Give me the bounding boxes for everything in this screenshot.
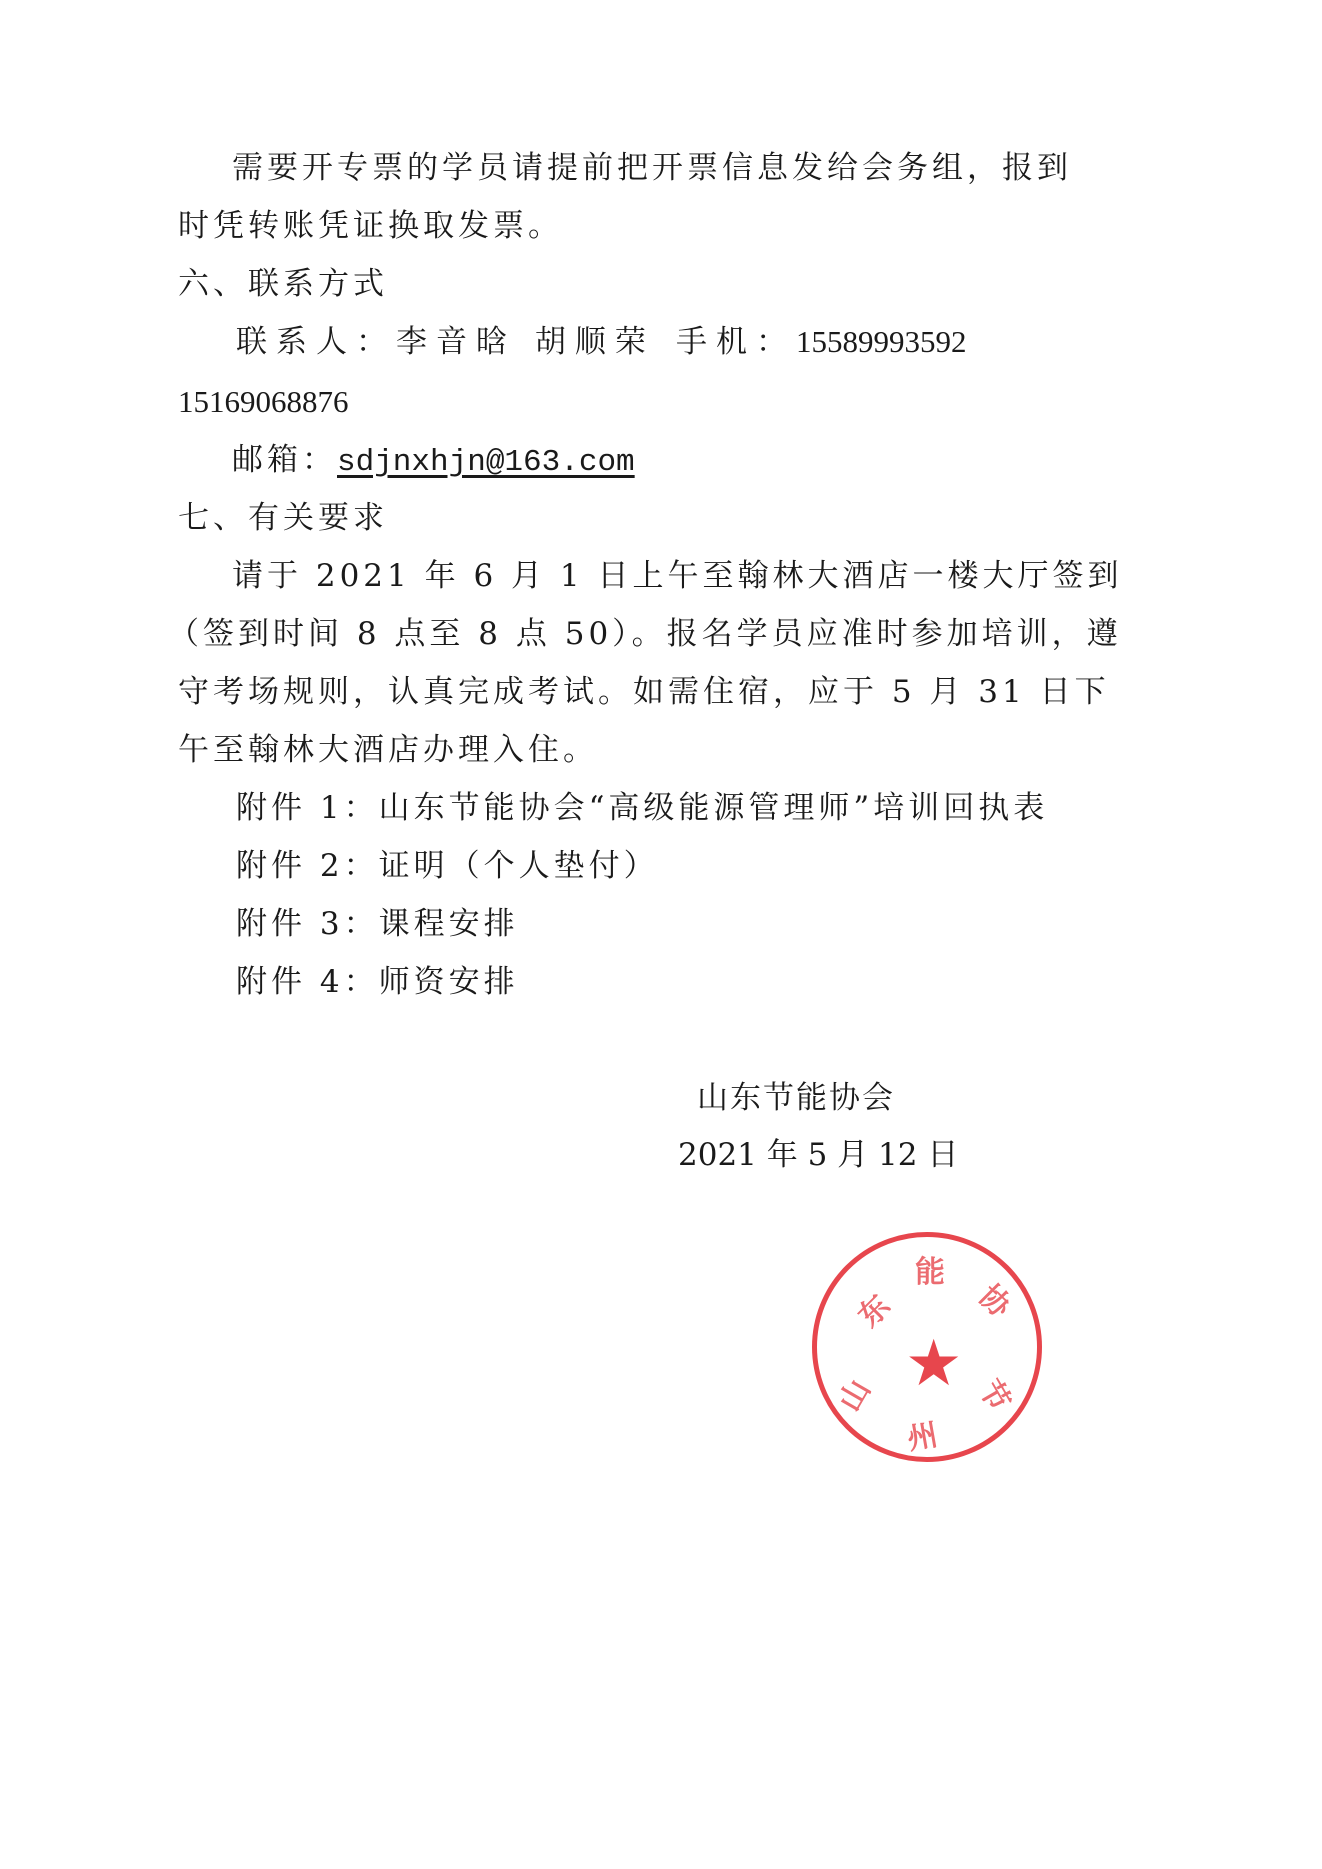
attachment-4: 附件 4：师资安排	[236, 962, 519, 1002]
stamp-char: 山	[825, 1370, 878, 1418]
contact-names: 李音晗 胡顺荣	[396, 324, 655, 360]
section7-heading: 七、有关要求	[178, 498, 388, 538]
stamp-char: 节	[970, 1370, 1023, 1418]
attachment-1: 附件 1：山东节能协会“高级能源管理师”培训回执表	[236, 788, 1048, 828]
star-icon: ★	[905, 1332, 962, 1396]
contact-line: 联系人：李音晗 胡顺荣	[236, 322, 655, 362]
invoice-paragraph-line1: 需要开专票的学员请提前把开票信息发给会务组，报到	[232, 148, 1072, 188]
invoice-paragraph-line2: 时凭转账凭证换取发票。	[178, 206, 563, 246]
requirements-line-2: （签到时间 8 点至 8 点 50）。报名学员应准时参加培训，遵	[168, 614, 1122, 654]
email-link[interactable]: sdjnxhjn@163.com	[337, 445, 635, 480]
phone-number-2: 15169068876	[178, 382, 349, 422]
requirements-line-1: 请于 2021 年 6 月 1 日上午至翰林大酒店一楼大厅签到	[232, 556, 1122, 596]
requirements-line-4: 午至翰林大酒店办理入住。	[178, 730, 598, 770]
stamp-char: 东	[846, 1283, 898, 1335]
stamp-char: 协	[971, 1273, 1023, 1325]
email-line: 邮箱：sdjnxhjn@163.com	[232, 440, 635, 483]
contact-label: 联系人：	[236, 324, 396, 360]
signature-date: 2021 年 5 月 12 日	[678, 1135, 958, 1175]
attachment-3: 附件 3：课程安排	[236, 904, 519, 944]
document-page: 需要开专票的学员请提前把开票信息发给会务组，报到 时凭转账凭证换取发票。 六、联…	[0, 0, 1322, 1869]
phone-label: 手机：	[676, 324, 796, 360]
stamp-char: 州	[903, 1410, 940, 1459]
official-seal-stamp: 能 协 山 东 节 州 ★	[812, 1232, 1042, 1462]
requirements-line-3: 守考场规则，认真完成考试。如需住宿，应于 5 月 31 日下	[178, 672, 1110, 712]
email-label: 邮箱：	[232, 442, 337, 478]
stamp-char: 能	[915, 1247, 945, 1291]
attachment-2: 附件 2：证明（个人垫付）	[236, 846, 659, 886]
section6-heading: 六、联系方式	[178, 264, 388, 304]
phone-number-1: 15589993592	[796, 324, 967, 359]
phone-line: 手机：15589993592	[676, 322, 967, 362]
signature-organization: 山东节能协会	[697, 1078, 895, 1118]
